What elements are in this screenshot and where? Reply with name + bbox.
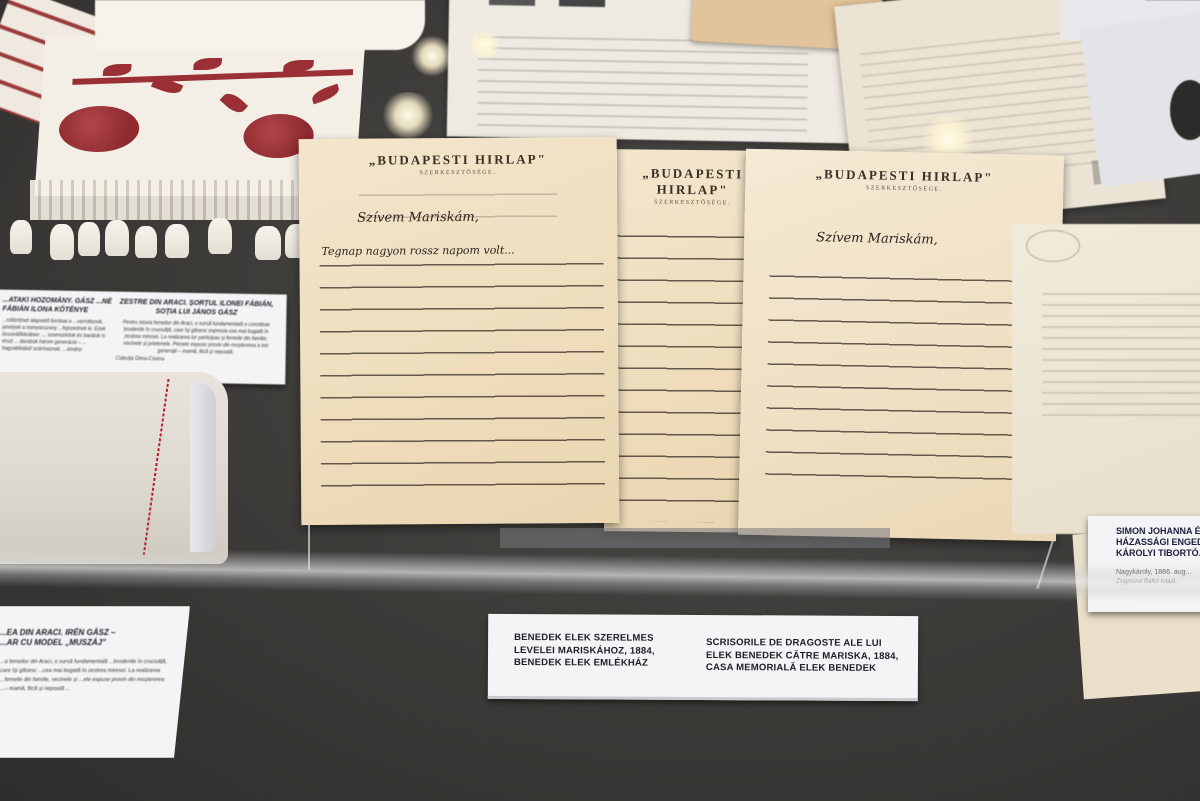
towel-fold-edge — [190, 382, 216, 552]
tassel — [135, 226, 157, 258]
embroidery-leaf — [193, 58, 222, 70]
folded-towel-top — [95, 0, 425, 50]
towel-fringe — [10, 180, 340, 260]
label-ro-title: ZESTRE DIN ARACI. ȘORȚUL ILONEI FÁBIÁN, … — [116, 298, 276, 319]
document-seal — [1026, 230, 1080, 262]
caption-hu-text: BENEDEK ELEK SZERELMES LEVELEI MARISKÁHO… — [514, 632, 694, 670]
label-bottom-content: ...EA DIN ARACI. IRÉN GÁSZ – ...AR CU MO… — [0, 606, 170, 694]
document-photo — [559, 0, 605, 7]
tassel — [10, 220, 32, 254]
label-bottom-title-2: ...AR CU MODEL „MUSZÁJ" — [0, 638, 170, 648]
letterhead-subtitle: SZERKESZTŐSÉGE. — [299, 169, 617, 177]
label-hu-body: ...nőtörténet alapvető forrásai a ...var… — [2, 318, 113, 355]
salutation: Szívem Mariskám, — [357, 210, 479, 226]
acrylic-stand — [500, 528, 890, 548]
label-romanian: ZESTRE DIN ARACI. ȘORȚUL ILONEI FÁBIÁN, … — [116, 298, 277, 366]
tassel — [105, 220, 129, 256]
label-hu-title: ...ATAKI HOZOMÁNY. GÁSZ ...NÉ FÁBIÁN ILO… — [2, 296, 112, 316]
glass-rail-reflection — [0, 546, 1200, 603]
document-text-lines — [1042, 284, 1200, 424]
embroidery-leaf — [310, 84, 340, 105]
tassel — [50, 224, 74, 260]
salutation: Szívem Mariskám, — [816, 230, 938, 248]
label-ro-credit: Colecția Dima-Csoma — [116, 355, 276, 366]
embroidery-leaf — [103, 64, 132, 76]
museum-display-case: ...ATAKI HOZOMÁNY. GÁSZ ...NÉ FÁBIÁN ILO… — [0, 0, 1200, 801]
label-right-title-1: SIMON JOHANNA É... — [1116, 526, 1200, 537]
letterhead: „BUDAPESTI HIRLAP" — [299, 151, 617, 169]
main-caption-label: BENEDEK ELEK SZERELMES LEVELEI MARISKÁHO… — [488, 614, 918, 701]
tassel — [208, 218, 232, 254]
marriage-permit-document — [1012, 224, 1200, 534]
handwriting-lines — [319, 249, 605, 491]
caption-hungarian: BENEDEK ELEK SZERELMES LEVELEI MARISKÁHO… — [514, 632, 694, 670]
caption-ro-text: SCRISORILE DE DRAGOSTE ALE LUI ELEK BENE… — [706, 637, 902, 676]
letterhead-block: „BUDAPESTI HIRLAP" SZERKESZTŐSÉGE. — [299, 137, 617, 177]
fringe-knots — [30, 180, 330, 220]
folded-linen-towel — [0, 372, 228, 564]
label-bottom-title-1: ...EA DIN ARACI. IRÉN GÁSZ – — [0, 628, 170, 638]
caption-romanian: SCRISORILE DE DRAGOSTE ALE LUI ELEK BENE… — [706, 637, 902, 676]
embroidery-berry-cluster — [57, 106, 140, 152]
label-hungarian: ...ATAKI HOZOMÁNY. GÁSZ ...NÉ FÁBIÁN ILO… — [2, 296, 113, 355]
tassel — [165, 224, 189, 258]
letterhead-block: „BUDAPESTI HIRLAP" SZERKESZTŐSÉGE. — [745, 149, 1064, 196]
red-stitch-line — [142, 379, 169, 558]
label-bottom-body: ...a femeilor din Araci, o sursă fundame… — [0, 658, 170, 694]
light-reflection — [410, 36, 454, 76]
tassel — [78, 222, 100, 256]
document-photo — [489, 0, 535, 6]
light-reflection — [380, 92, 436, 138]
tassel — [255, 226, 281, 260]
light-reflection — [468, 30, 502, 60]
label-right-title-2: HÁZASSÁGI ENGED... — [1116, 537, 1200, 548]
letter-1: „BUDAPESTI HIRLAP" SZERKESZTŐSÉGE. Szíve… — [299, 137, 620, 525]
label-ro-body: Pentru istoria femeilor din Araci, o sur… — [116, 320, 277, 358]
embroidery-leaf — [220, 89, 248, 116]
label-right-title-3: KÁROLYI TIBORTÓ... — [1116, 548, 1200, 559]
handwriting-lines — [765, 261, 1046, 487]
textile-label-bottom: ...EA DIN ARACI. IRÉN GÁSZ – ...AR CU MO… — [0, 606, 190, 758]
textile-label-top: ...ATAKI HOZOMÁNY. GÁSZ ...NÉ FÁBIÁN ILO… — [0, 289, 287, 384]
